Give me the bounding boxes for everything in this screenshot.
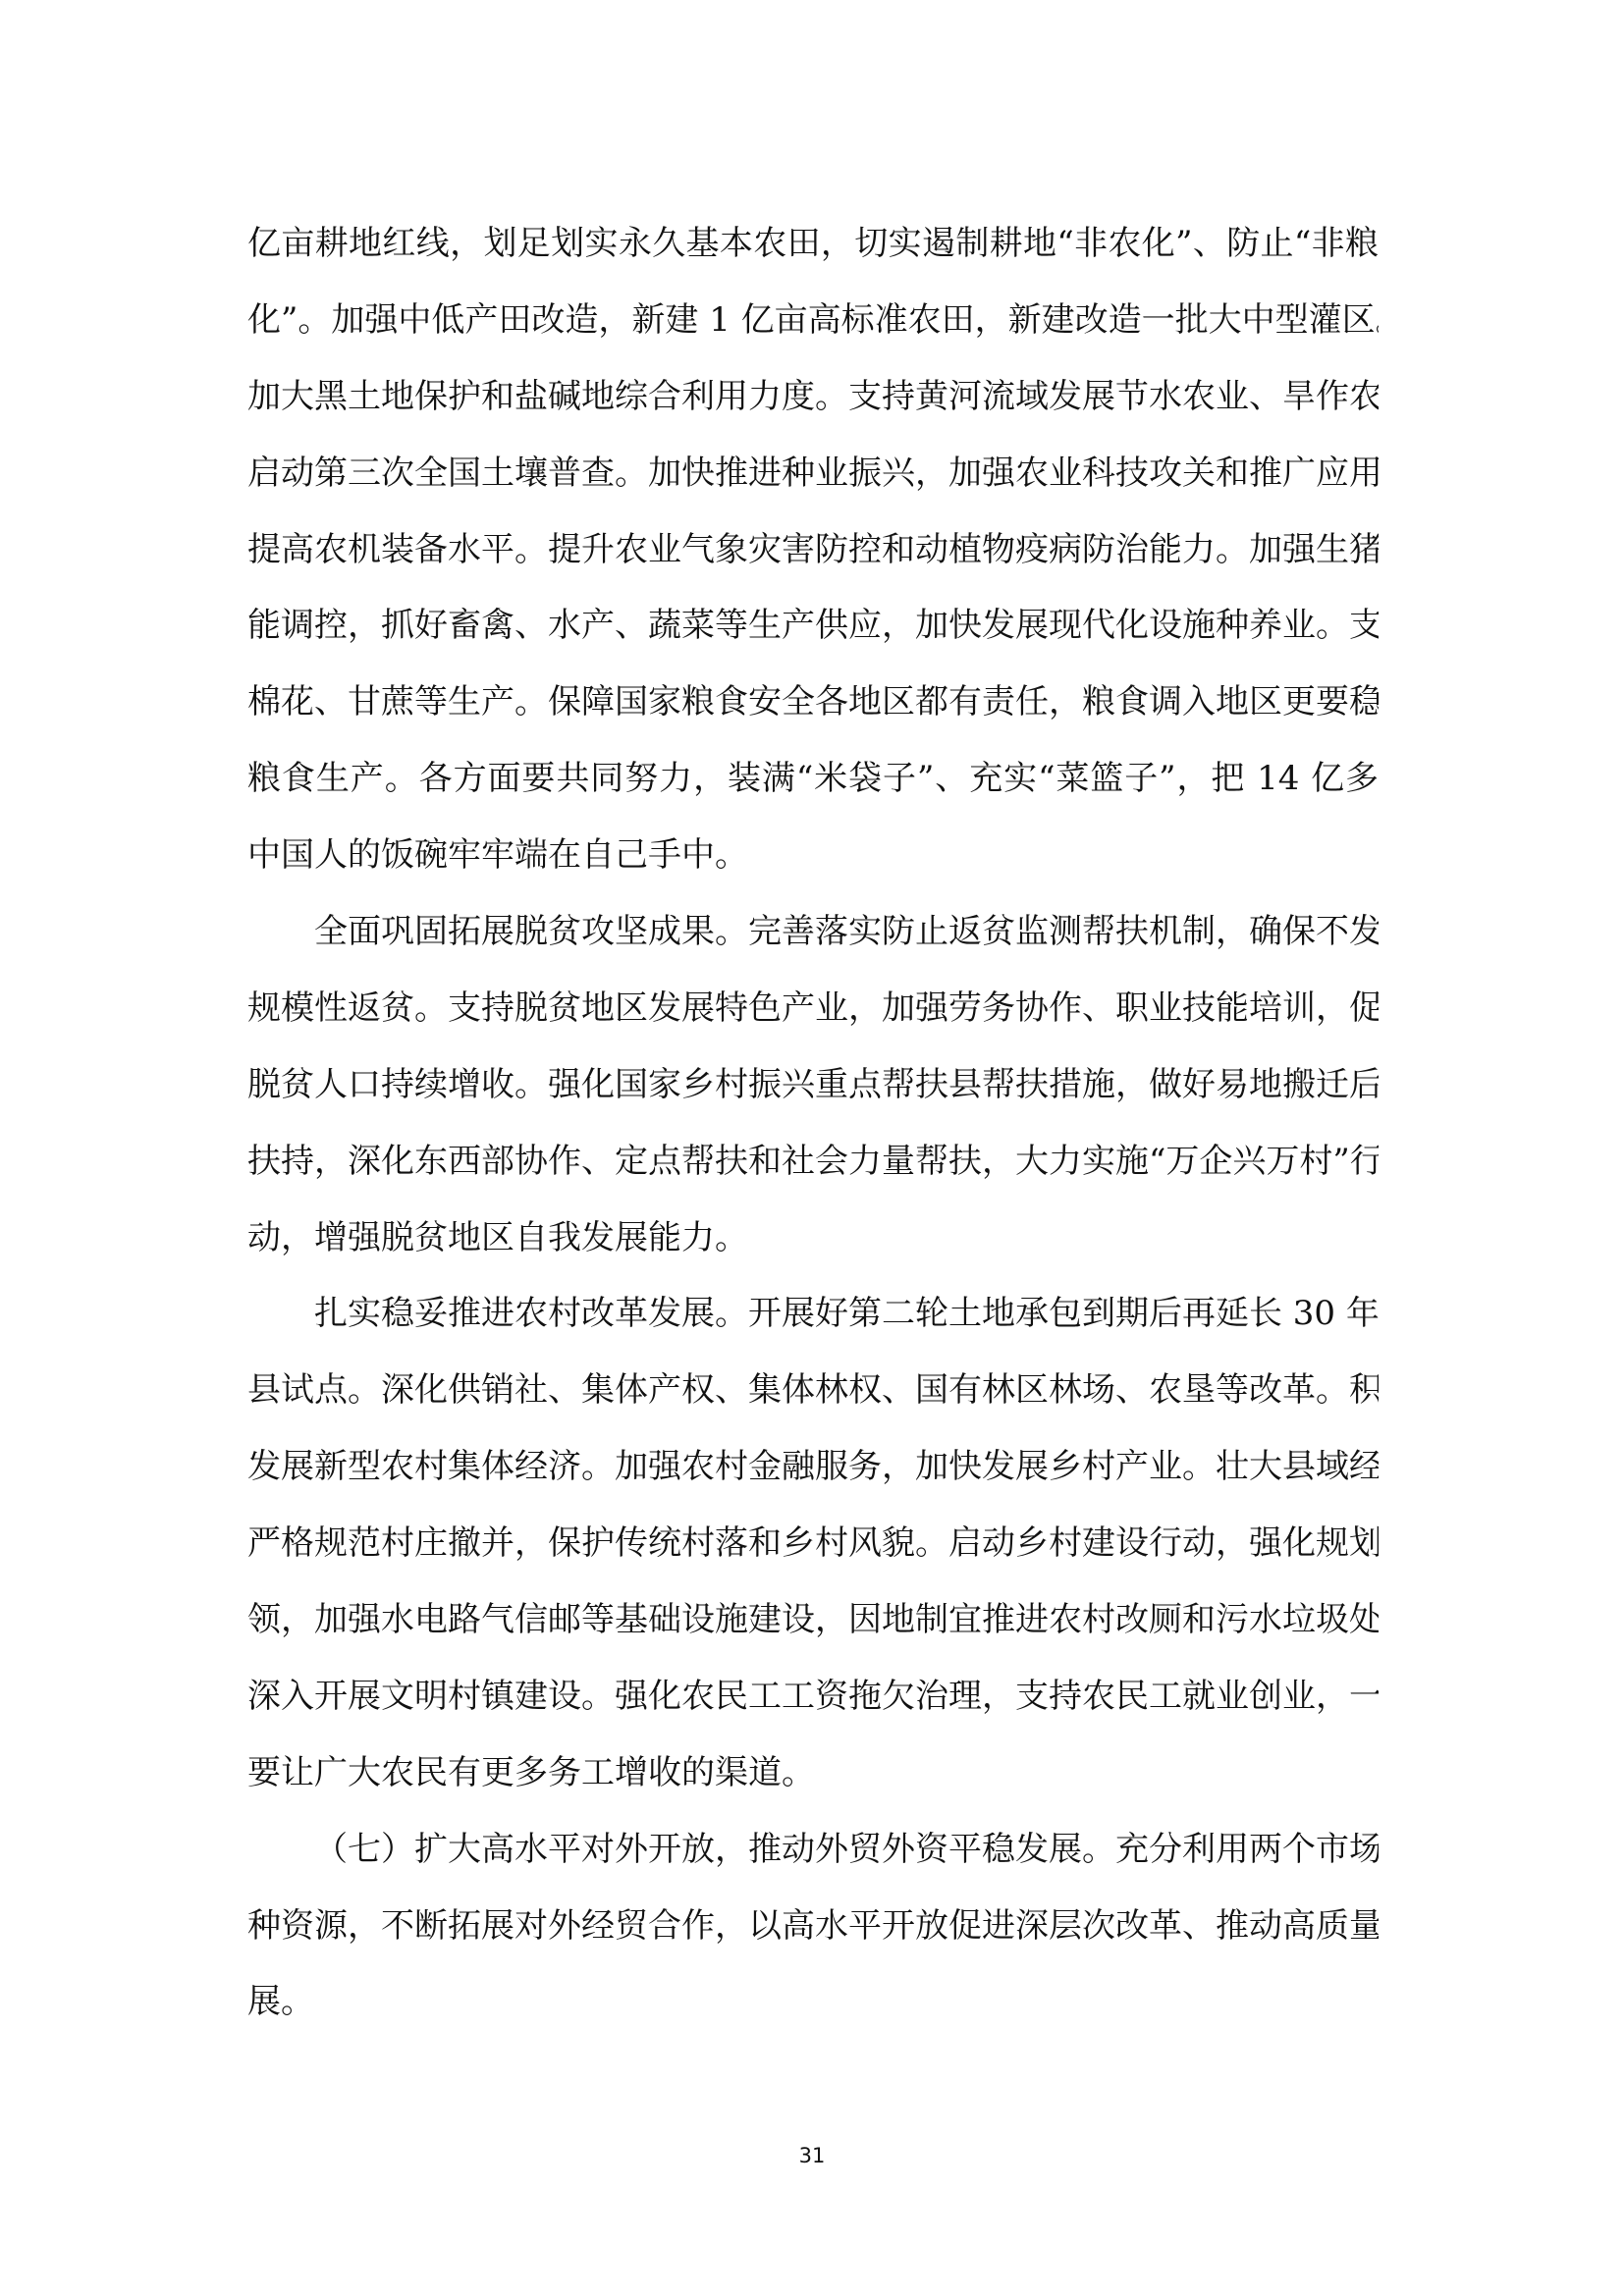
paragraph-poverty-alleviation: 全面巩固拓展脱贫攻坚成果。完善落实防止返贫监测帮扶机制，确保不发生 规模性返贫。… [247, 909, 1379, 1291]
text-line: 加大黑土地保护和盐碱地综合利用力度。支持黄河流域发展节水农业、旱作农业。 [247, 374, 1379, 451]
text-line: 能调控，抓好畜禽、水产、蔬菜等生产供应，加快发展现代化设施种养业。支持 [247, 603, 1379, 679]
document-page: 亿亩耕地红线，划足划实永久基本农田，切实遏制耕地“非农化”、防止“非粮 化”。加… [0, 0, 1624, 2296]
text-line: （七）扩大高水平对外开放，推动外贸外资平稳发展。充分利用两个市场两 [247, 1827, 1379, 1903]
text-line: 粮食生产。各方面要共同努力，装满“米袋子”、充实“菜篮子”，把 14 亿多 [247, 756, 1379, 832]
paragraph-opening-up: （七）扩大高水平对外开放，推动外贸外资平稳发展。充分利用两个市场两 种资源，不断… [247, 1827, 1379, 2056]
text-line: 严格规范村庄撤并，保护传统村落和乡村风貌。启动乡村建设行动，强化规划引 [247, 1521, 1379, 1597]
text-line: 扎实稳妥推进农村改革发展。开展好第二轮土地承包到期后再延长 30 年整 [247, 1291, 1379, 1367]
text-line: 亿亩耕地红线，划足划实永久基本农田，切实遏制耕地“非农化”、防止“非粮 [247, 221, 1379, 297]
text-line: 化”。加强中低产田改造，新建 1 亿亩高标准农田，新建改造一批大中型灌区。 [247, 297, 1379, 374]
text-line: 提高农机装备水平。提升农业气象灾害防控和动植物疫病防治能力。加强生猪产 [247, 527, 1379, 604]
text-line: 扶持，深化东西部协作、定点帮扶和社会力量帮扶，大力实施“万企兴万村”行 [247, 1139, 1379, 1215]
paragraph-farmland: 亿亩耕地红线，划足划实永久基本农田，切实遏制耕地“非农化”、防止“非粮 化”。加… [247, 221, 1379, 909]
text-line: 领，加强水电路气信邮等基础设施建设，因地制宜推进农村改厕和污水垃圾处理。 [247, 1597, 1379, 1674]
text-line: 动，增强脱贫地区自我发展能力。 [247, 1215, 1379, 1292]
text-line: 发展新型农村集体经济。加强农村金融服务，加快发展乡村产业。壮大县域经济。 [247, 1444, 1379, 1521]
text-line: 棉花、甘蔗等生产。保障国家粮食安全各地区都有责任，粮食调入地区更要稳定 [247, 679, 1379, 756]
page-number: 31 [0, 2144, 1624, 2167]
text-line: 启动第三次全国土壤普查。加快推进种业振兴，加强农业科技攻关和推广应用， [247, 451, 1379, 527]
text-line: 要让广大农民有更多务工增收的渠道。 [247, 1750, 1379, 1827]
text-line: 深入开展文明村镇建设。强化农民工工资拖欠治理，支持农民工就业创业，一定 [247, 1674, 1379, 1750]
text-line: 规模性返贫。支持脱贫地区发展特色产业，加强劳务协作、职业技能培训，促进 [247, 986, 1379, 1062]
body-text: 亿亩耕地红线，划足划实永久基本农田，切实遏制耕地“非农化”、防止“非粮 化”。加… [247, 221, 1379, 2056]
text-line: 展。 [247, 1979, 1379, 2056]
text-line: 脱贫人口持续增收。强化国家乡村振兴重点帮扶县帮扶措施，做好易地搬迁后续 [247, 1062, 1379, 1139]
text-line: 全面巩固拓展脱贫攻坚成果。完善落实防止返贫监测帮扶机制，确保不发生 [247, 909, 1379, 986]
text-line: 中国人的饭碗牢牢端在自己手中。 [247, 832, 1379, 909]
paragraph-rural-reform: 扎实稳妥推进农村改革发展。开展好第二轮土地承包到期后再延长 30 年整 县试点。… [247, 1291, 1379, 1826]
text-line: 种资源，不断拓展对外经贸合作，以高水平开放促进深层次改革、推动高质量发 [247, 1903, 1379, 1980]
text-line: 县试点。深化供销社、集体产权、集体林权、国有林区林场、农垦等改革。积极 [247, 1367, 1379, 1444]
